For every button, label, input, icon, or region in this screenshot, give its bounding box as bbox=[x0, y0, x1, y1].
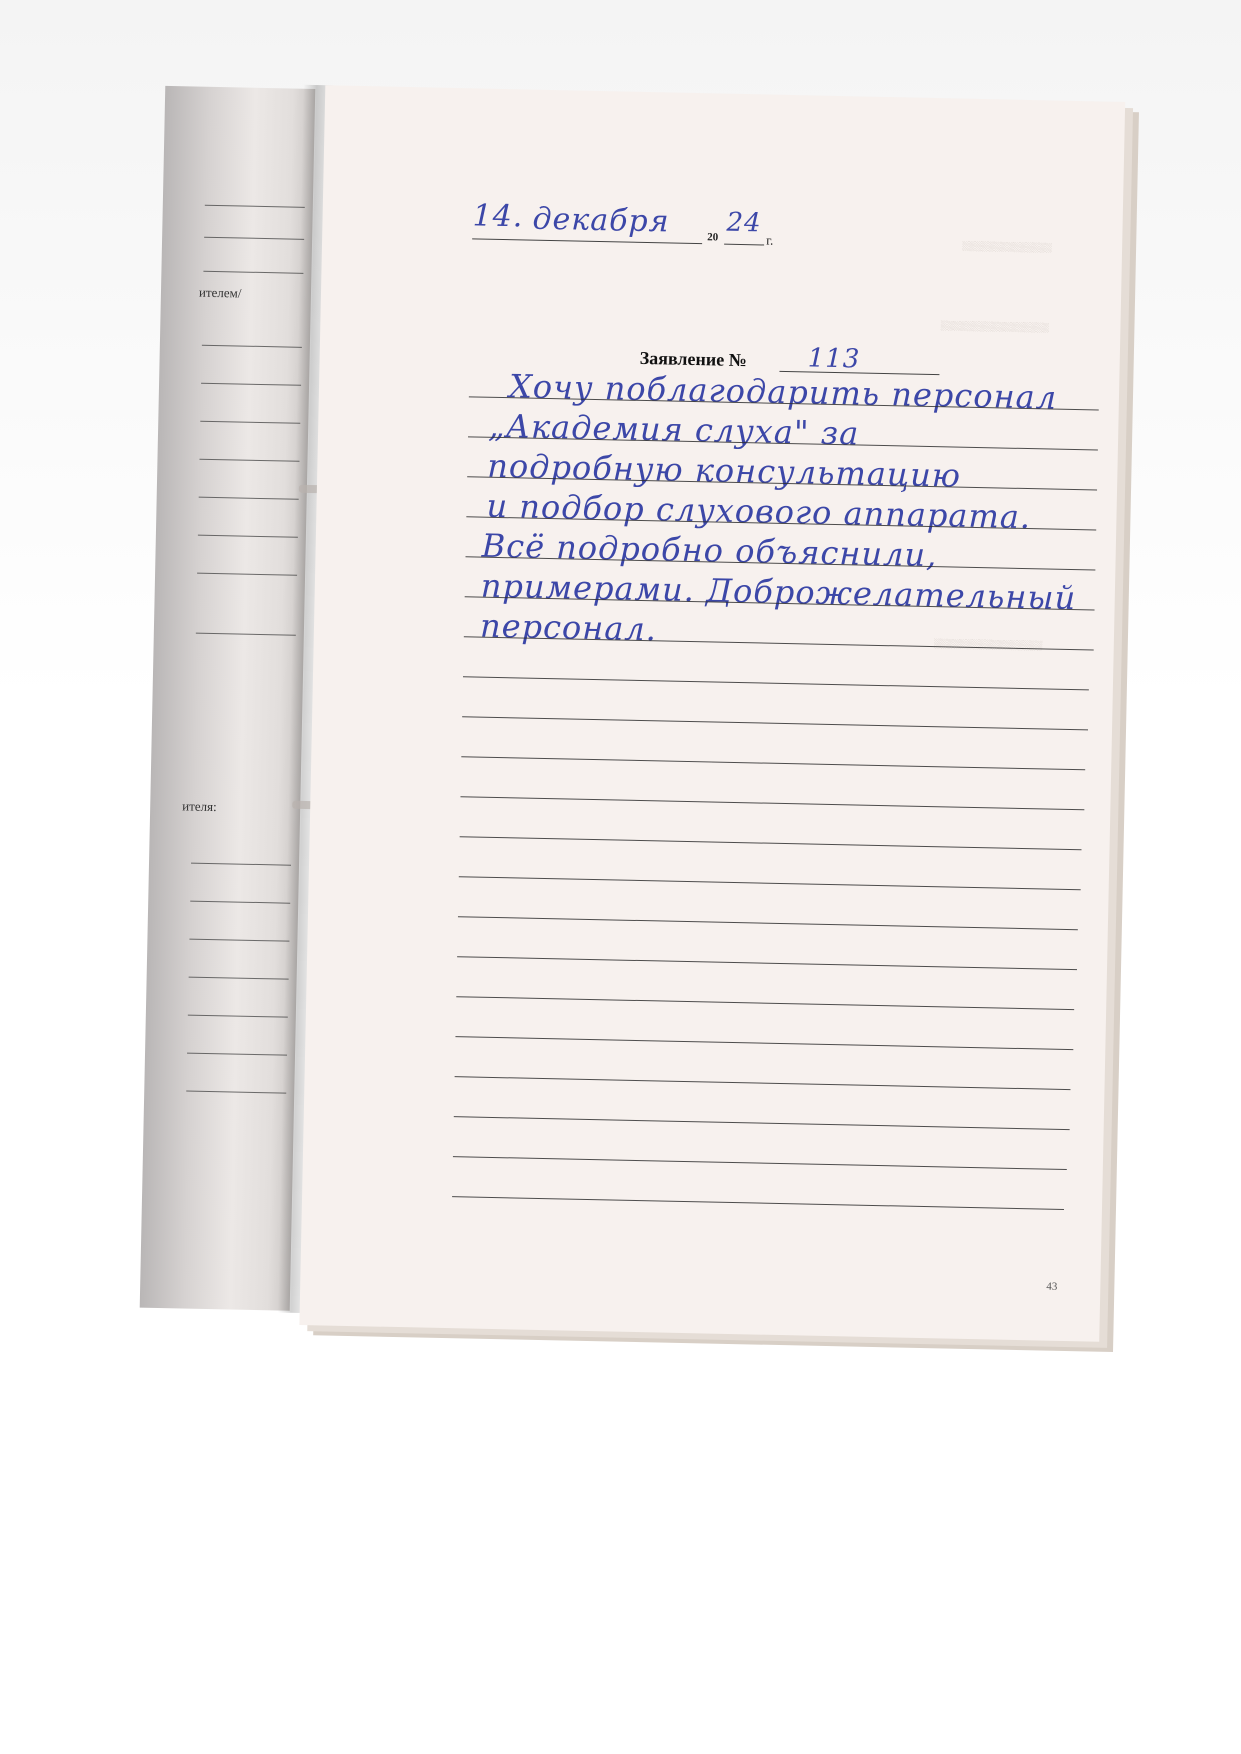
left-rule bbox=[189, 939, 289, 942]
ruled-line bbox=[457, 956, 1077, 970]
left-rule bbox=[205, 205, 305, 208]
right-page: ░░░░░░░░░░░░░░ ░░░░░░░░░░░░░░░░░ ░░░░░░░… bbox=[299, 85, 1125, 1341]
body-line: „Академия слуха" за bbox=[488, 407, 860, 453]
date-month: декабря bbox=[532, 202, 670, 240]
left-rule bbox=[190, 901, 290, 904]
left-rule bbox=[199, 459, 299, 462]
date-year-suffix: 24 bbox=[726, 208, 762, 239]
ruled-line bbox=[458, 916, 1078, 930]
ruled-line bbox=[461, 756, 1085, 770]
left-rule bbox=[197, 573, 297, 576]
ruled-line bbox=[453, 1156, 1067, 1170]
ruled-line bbox=[456, 996, 1074, 1010]
left-page-fragment: ителем/ bbox=[199, 285, 242, 302]
body-line: Всё подробно объяснили, bbox=[481, 527, 937, 575]
ruled-line bbox=[460, 796, 1084, 810]
left-rule bbox=[188, 1015, 288, 1018]
left-rule bbox=[196, 633, 296, 636]
left-page-fragment: ителя: bbox=[182, 798, 217, 815]
date-year-abbrev: г. bbox=[766, 233, 773, 249]
date-day: 14. bbox=[472, 198, 523, 234]
body-line: персонал. bbox=[480, 607, 658, 649]
bleed-through: ░░░░░░░░░░░░░░░░░ bbox=[940, 320, 1049, 332]
left-rule bbox=[202, 345, 302, 348]
left-rule bbox=[203, 271, 303, 274]
ruled-line bbox=[462, 716, 1088, 730]
ruled-line bbox=[455, 1036, 1073, 1050]
ruled-line bbox=[455, 1076, 1071, 1090]
ruled-line bbox=[452, 1196, 1064, 1210]
ruled-line bbox=[463, 676, 1089, 690]
booklet: ителем/ ителя: ░░░░░░░░░░░░░░ ░░░░░░░░░░… bbox=[139, 82, 1143, 1370]
left-rule bbox=[201, 383, 301, 386]
ruled-line bbox=[459, 876, 1081, 890]
ruled-line bbox=[454, 1116, 1070, 1130]
statement-number: 113 bbox=[807, 343, 860, 374]
left-rule bbox=[200, 421, 300, 424]
ruled-line bbox=[460, 836, 1082, 850]
bleed-through: ░░░░░░░░░░░░░░ bbox=[962, 241, 1051, 253]
date-year-underline bbox=[724, 244, 764, 246]
left-rule bbox=[199, 497, 299, 500]
left-rule bbox=[187, 1053, 287, 1056]
date-year-prefix: 20 bbox=[707, 231, 718, 243]
page-number: 43 bbox=[1046, 1281, 1057, 1293]
left-rule bbox=[191, 863, 291, 866]
statement-title: Заявление № bbox=[639, 348, 747, 371]
left-rule bbox=[186, 1091, 286, 1094]
left-rule bbox=[198, 535, 298, 538]
left-rule bbox=[189, 977, 289, 980]
left-rule bbox=[204, 237, 304, 240]
